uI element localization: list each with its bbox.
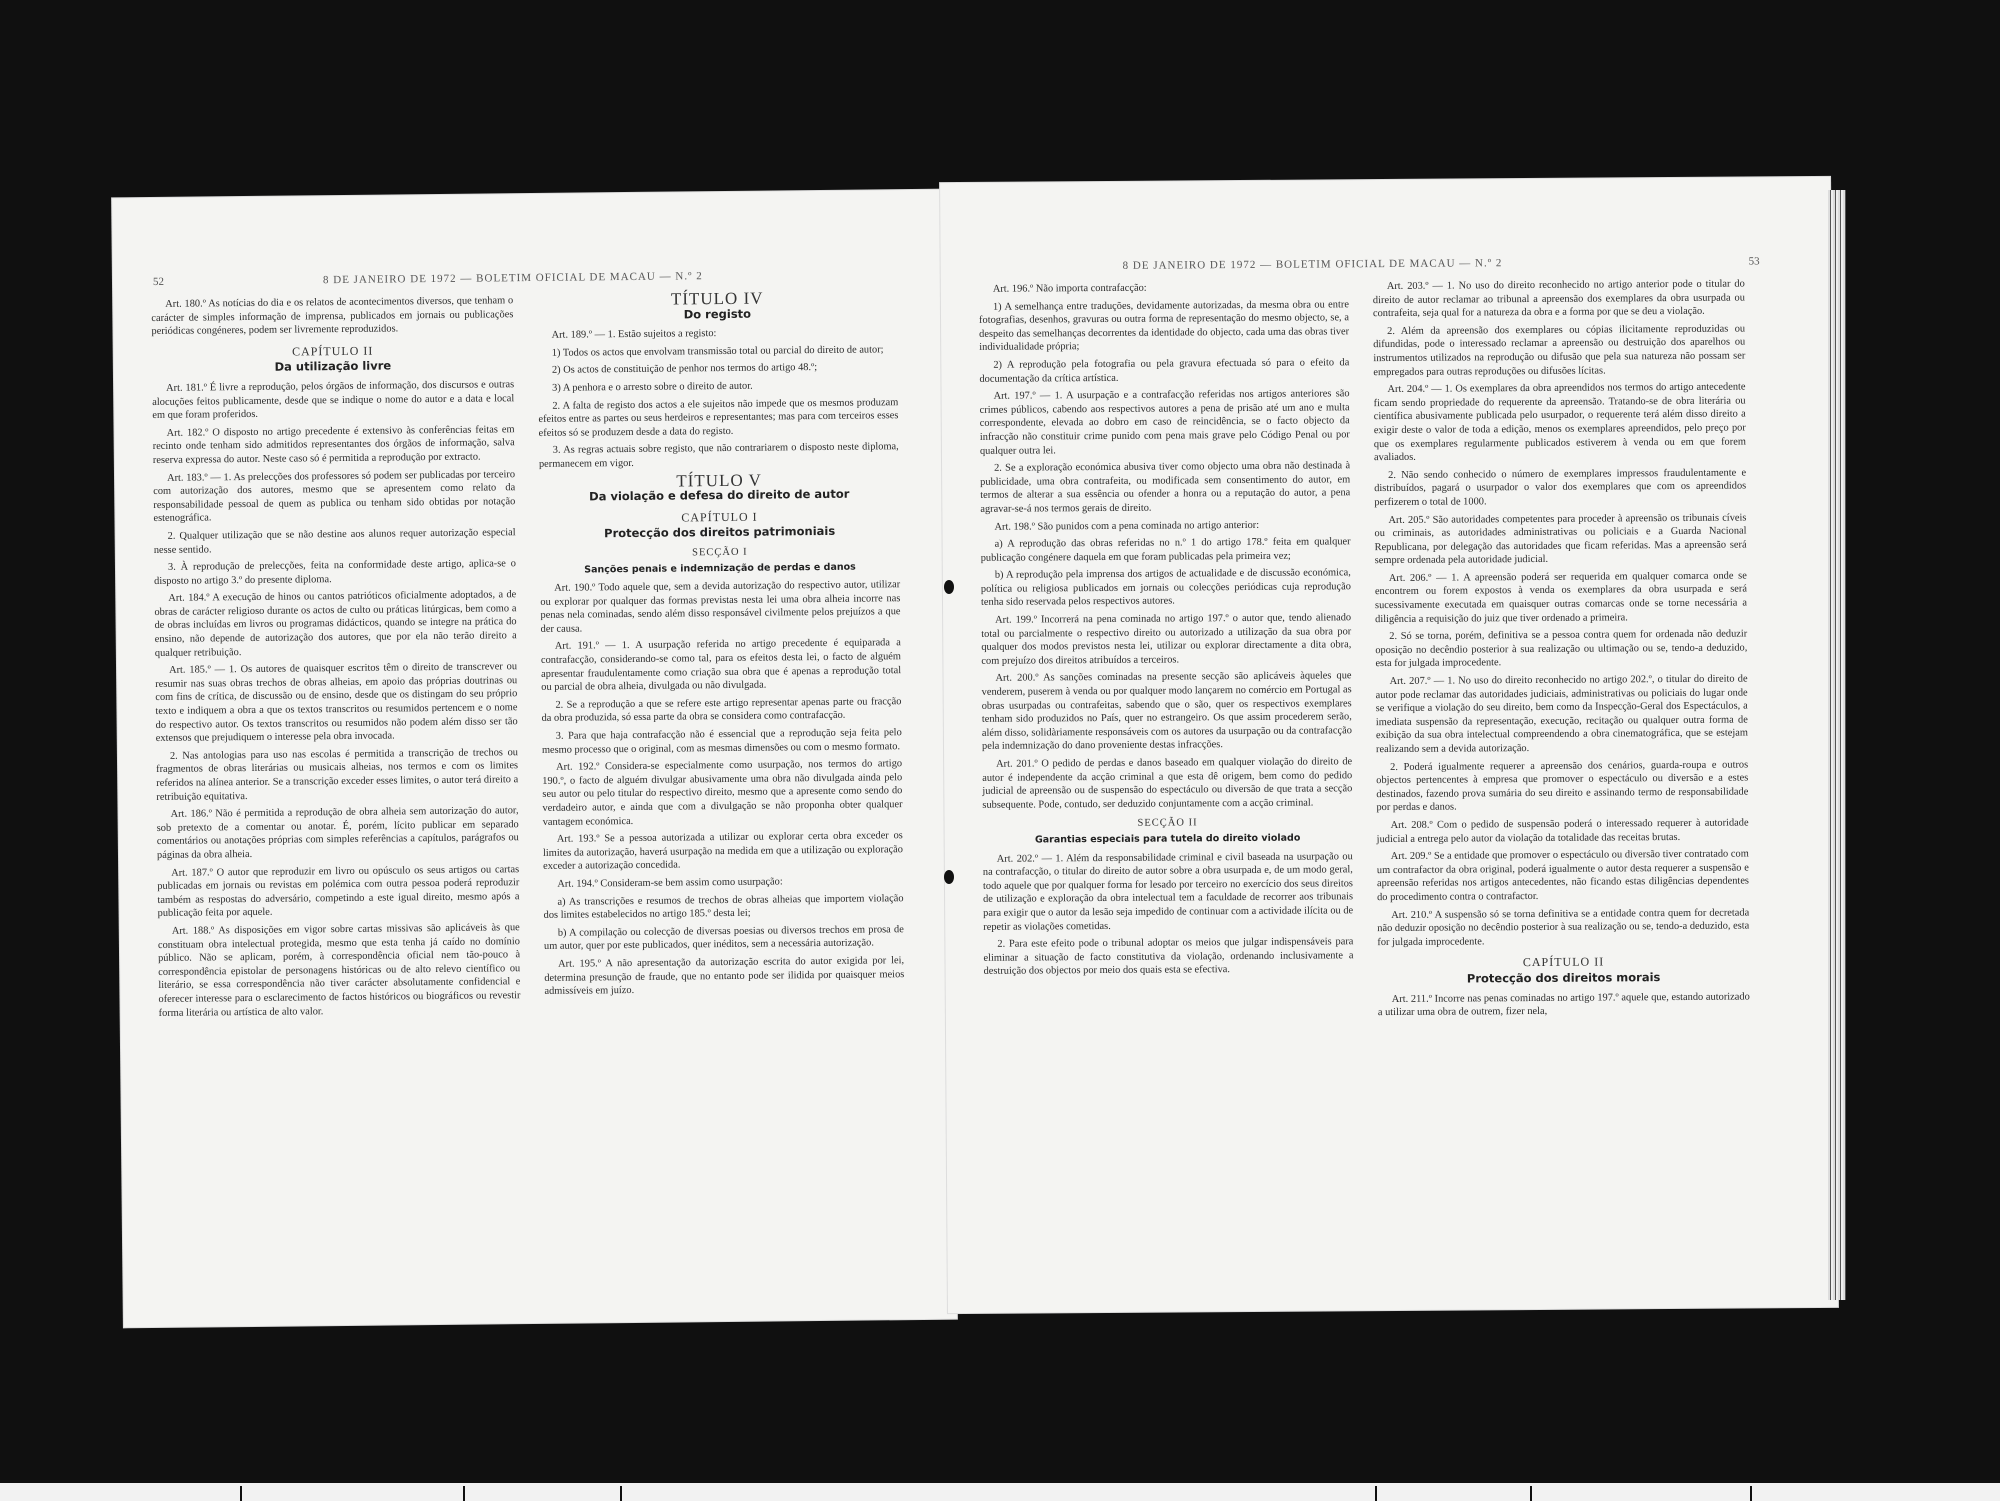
- article-paragraph: 2) A reprodução pela fotografia ou pela …: [979, 356, 1349, 386]
- article-paragraph: Art. 200.º As sanções cominadas na prese…: [981, 670, 1352, 754]
- binding-hole: [944, 580, 954, 594]
- article-paragraph: Art. 182.º O disposto no artigo preceden…: [153, 423, 515, 468]
- article-paragraph: 2. Além da apreensão dos exemplares ou c…: [1373, 322, 1745, 379]
- page-number-right: 53: [1749, 255, 1760, 267]
- section-subheading: Sanções penais e indemnização de perdas …: [540, 560, 900, 577]
- film-marker: [1530, 1486, 1532, 1501]
- article-paragraph: 2. Qualquer utilização que se não destin…: [154, 526, 516, 557]
- right-page: 8 DE JANEIRO DE 1972 — BOLETIM OFICIAL D…: [940, 177, 1838, 1313]
- article-paragraph: Art. 211.º Incorre nas penas cominadas n…: [1378, 990, 1750, 1020]
- article-paragraph: Art. 190.º Todo aquele que, sem a devida…: [540, 578, 901, 636]
- article-paragraph: Art. 195.º A não apresentação da autoriz…: [544, 954, 904, 999]
- section-subtitle: Da utilização livre: [152, 359, 514, 376]
- article-paragraph: Art. 205.º São autoridades competentes p…: [1374, 511, 1746, 568]
- page-number-left: 52: [153, 276, 164, 288]
- article-paragraph: 2. Para este efeito pode o tribunal adop…: [983, 935, 1353, 978]
- chapter-heading: CAPÍTULO I: [539, 509, 899, 526]
- article-paragraph: 1) Todos os actos que envolvam transmiss…: [538, 343, 898, 360]
- section-subtitle: Protecção dos direitos morais: [1378, 970, 1750, 986]
- binding-hole: [944, 870, 954, 884]
- article-paragraph: b) A compilação ou colecção de diversas …: [544, 923, 904, 954]
- article-paragraph: Art. 186.º Não é permitida a reprodução …: [156, 804, 519, 862]
- film-marker: [620, 1486, 622, 1501]
- article-paragraph: a) A reprodução das obras referidas no n…: [981, 535, 1351, 565]
- page-edges: [1828, 190, 1846, 1300]
- article-paragraph: Art. 209.º Se a entidade que promover o …: [1377, 848, 1749, 905]
- section-heading: SECÇÃO I: [540, 544, 900, 561]
- film-marker: [1375, 1486, 1377, 1501]
- article-paragraph: Art. 199.º Incorrerá na pena cominada no…: [981, 611, 1351, 668]
- film-marker: [240, 1486, 242, 1501]
- article-paragraph: Art. 185.º — 1. Os autores de quaisquer …: [155, 660, 518, 745]
- article-paragraph: 2. A falta de registo dos actos a ele su…: [538, 396, 898, 441]
- section-subtitle: Protecção dos direitos patrimoniais: [540, 524, 900, 541]
- running-head-left: 8 DE JANEIRO DE 1972 — BOLETIM OFICIAL D…: [323, 270, 703, 286]
- article-paragraph: Art. 183.º — 1. As prelecções dos profes…: [153, 468, 516, 526]
- film-edge-strip: [0, 1483, 2000, 1501]
- right-page-column-1: Art. 196.º Não importa contrafacção:1) A…: [979, 280, 1354, 982]
- title-heading: TÍTULO IV: [537, 290, 897, 307]
- article-paragraph: Art. 188.º As disposições em vigor sobre…: [158, 921, 521, 1020]
- article-paragraph: Art. 181.º É livre a reprodução, pelos ó…: [152, 378, 514, 423]
- article-paragraph: Art. 192.º Considera-se especialmente co…: [542, 757, 903, 829]
- section-heading: SECÇÃO II: [983, 816, 1353, 832]
- article-paragraph: 2. Não sendo conhecido o número de exemp…: [1374, 466, 1746, 509]
- article-paragraph: Art. 208.º Com o pedido de suspensão pod…: [1377, 816, 1749, 846]
- article-paragraph: 2. Se a reprodução a que se refere este …: [541, 695, 901, 726]
- section-subheading: Garantias especiais para tutela do direi…: [983, 831, 1353, 847]
- article-paragraph: Art. 184.º A execução de hinos ou cantos…: [154, 588, 517, 660]
- open-book-spread: 52 8 DE JANEIRO DE 1972 — BOLETIM OFICIA…: [118, 180, 1844, 1323]
- article-paragraph: Art. 210.º A suspensão só se torna defin…: [1377, 906, 1749, 949]
- article-paragraph: 2. Nas antologias para uso nas escolas é…: [156, 746, 519, 804]
- article-paragraph: Art. 180.º As notícias do dia e os relat…: [151, 294, 513, 339]
- article-paragraph: Art. 194.º Consideram-se bem assim como …: [543, 874, 903, 891]
- chapter-heading: CAPÍTULO II: [152, 343, 514, 360]
- article-paragraph: Art. 189.º — 1. Estão sujeitos a registo…: [538, 325, 898, 342]
- article-paragraph: Art. 204.º — 1. Os exemplares da obra ap…: [1373, 381, 1746, 465]
- running-head-right: 8 DE JANEIRO DE 1972 — BOLETIM OFICIAL D…: [1123, 257, 1503, 272]
- left-page-column-2: TÍTULO IVDo registoArt. 189.º — 1. Estão…: [537, 286, 904, 1002]
- article-paragraph: 1) A semelhança entre traduções, devidam…: [979, 298, 1349, 355]
- article-paragraph: 3. À reprodução de prelecções, feita na …: [154, 557, 516, 588]
- film-marker: [1750, 1486, 1752, 1501]
- article-paragraph: Art. 193.º Se a pessoa autorizada a util…: [543, 829, 903, 874]
- article-paragraph: Art. 191.º — 1. A usurpação referida no …: [541, 637, 902, 695]
- article-paragraph: Art. 187.º O autor que reproduzir em liv…: [157, 863, 520, 921]
- article-paragraph: 3. As regras actuais sobre registo, que …: [539, 441, 899, 472]
- article-paragraph: Art. 202.º — 1. Além da responsabilidade…: [983, 850, 1354, 934]
- article-paragraph: b) A reprodução pela imprensa dos artigo…: [981, 567, 1351, 610]
- section-subtitle: Do registo: [537, 306, 897, 323]
- article-paragraph: Art. 196.º Não importa contrafacção:: [979, 280, 1349, 296]
- article-paragraph: Art. 203.º — 1. No uso do direito reconh…: [1373, 278, 1745, 321]
- film-marker: [463, 1486, 465, 1501]
- chapter-heading: CAPÍTULO II: [1377, 955, 1749, 971]
- left-page-column-1: Art. 180.º As notícias do dia e os relat…: [151, 294, 521, 1024]
- section-subtitle: Da violação e defesa do direito de autor: [539, 487, 899, 504]
- right-page-column-2: Art. 203.º — 1. No uso do direito reconh…: [1373, 278, 1750, 1024]
- article-paragraph: 3) A penhora e o arresto sobre o direito…: [538, 378, 898, 395]
- article-paragraph: 3. Para que haja contrafacção não é esse…: [542, 726, 902, 757]
- left-page: 52 8 DE JANEIRO DE 1972 — BOLETIM OFICIA…: [112, 190, 957, 1328]
- article-paragraph: 2. Poderá igualmente requerer a apreensã…: [1376, 758, 1748, 815]
- article-paragraph: Art. 206.º — 1. A apreensão poderá ser r…: [1375, 569, 1747, 626]
- article-paragraph: 2. Só se torna, porém, definitiva se a p…: [1375, 628, 1747, 671]
- article-paragraph: 2. Se a exploração económica abusiva tiv…: [980, 459, 1350, 516]
- article-paragraph: Art. 197.º — 1. A usurpação e a contrafa…: [980, 387, 1350, 458]
- article-paragraph: Art. 207.º — 1. No uso do direito reconh…: [1376, 673, 1749, 757]
- article-paragraph: 2) Os actos de constituição de penhor no…: [538, 361, 898, 378]
- article-paragraph: a) As transcrições e resumos de trechos …: [543, 892, 903, 923]
- article-paragraph: Art. 201.º O pedido de perdas e danos ba…: [982, 755, 1352, 812]
- article-paragraph: Art. 198.º São punidos com a pena comina…: [980, 518, 1350, 534]
